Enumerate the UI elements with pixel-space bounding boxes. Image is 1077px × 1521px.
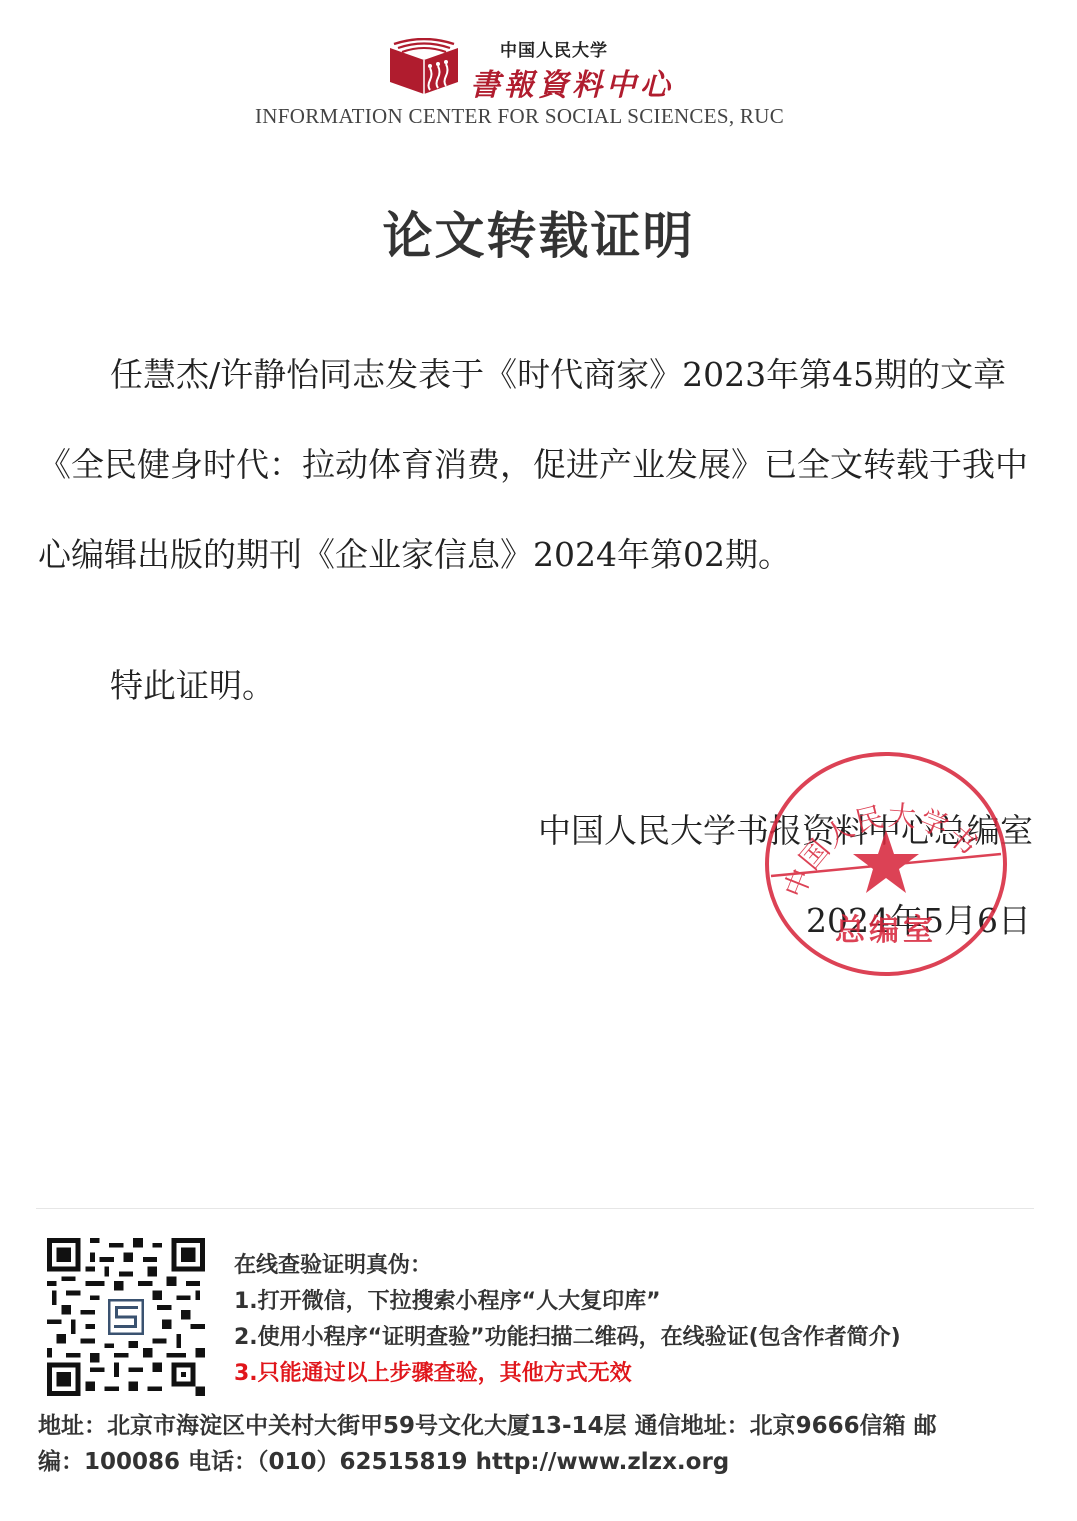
institution-name-cn-calligraphy: 書報資料中心 bbox=[470, 60, 674, 104]
verification-step-1: 1.打开微信，下拉搜索小程序“人大复印库” bbox=[234, 1284, 901, 1320]
official-seal-icon: 中国人民大学书报资料中心 总编室 bbox=[763, 750, 1009, 978]
institution-name-cn-small: 中国人民大学 bbox=[500, 36, 608, 61]
svg-text:总编室: 总编室 bbox=[835, 913, 937, 948]
institution-name-en: INFORMATION CENTER FOR SOCIAL SCIENCES, … bbox=[255, 104, 815, 129]
footer-divider bbox=[36, 1208, 1034, 1209]
book-logo-icon bbox=[388, 38, 460, 94]
qr-code-icon[interactable] bbox=[46, 1238, 206, 1396]
address-line-2: 编：100086 电话：（010）62515819 http://www.zlz… bbox=[38, 1444, 1038, 1480]
contact-address: 地址：北京市海淀区中关村大街甲59号文化大厦13-14层 通信地址：北京9666… bbox=[38, 1408, 1038, 1480]
certificate-body: 任慧杰/许静怡同志发表于《时代商家》2023年第45期的文章《全民健身时代：拉动… bbox=[38, 330, 1038, 600]
verification-step-2: 2.使用小程序“证明查验”功能扫描二维码，在线验证(包含作者简介) bbox=[234, 1320, 901, 1356]
address-line-1: 地址：北京市海淀区中关村大街甲59号文化大厦13-14层 通信地址：北京9666… bbox=[38, 1408, 1038, 1444]
verification-heading: 在线查验证明真伪： bbox=[234, 1248, 901, 1284]
verification-instructions: 在线查验证明真伪： 1.打开微信，下拉搜索小程序“人大复印库” 2.使用小程序“… bbox=[234, 1248, 901, 1392]
closing-statement: 特此证明。 bbox=[110, 660, 275, 707]
verification-warning: 3.只能通过以上步骤查验，其他方式无效 bbox=[234, 1356, 901, 1392]
document-title: 论文转载证明 bbox=[0, 196, 1077, 268]
certificate-body-text: 任慧杰/许静怡同志发表于《时代商家》2023年第45期的文章《全民健身时代：拉动… bbox=[38, 355, 1028, 574]
